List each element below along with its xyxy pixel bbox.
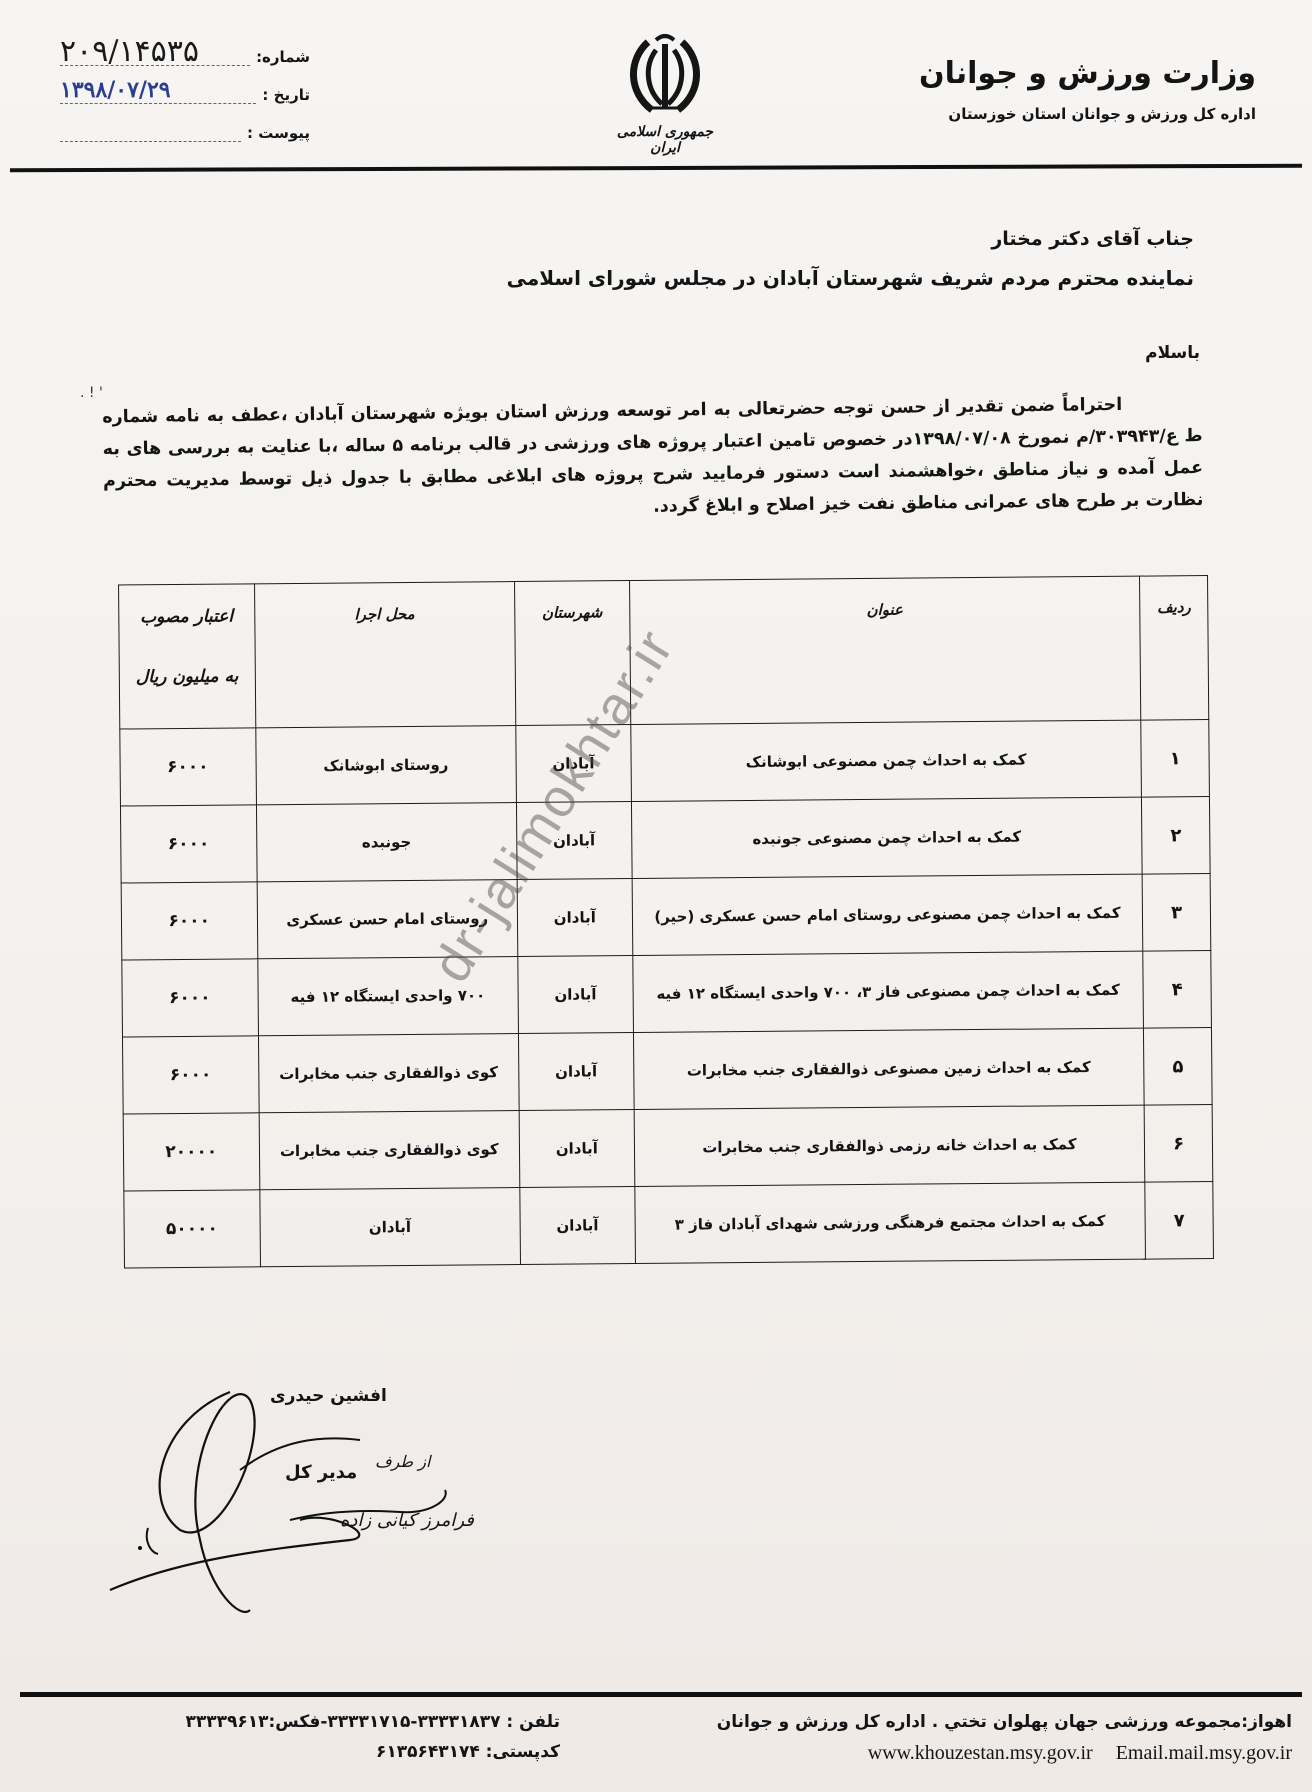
attachment-row: پیوست : — [60, 104, 310, 142]
header-row-number: ردیف — [1140, 576, 1209, 721]
department-name: اداره کل ورزش و جوانان استان خوزستان — [919, 105, 1256, 123]
cell-title: کمک به احداث خانه رزمی ذوالفقاری جنب مخا… — [634, 1105, 1145, 1186]
cell-city: آبادان — [519, 1110, 634, 1188]
cell-amount: ۲۰۰۰۰ — [123, 1113, 259, 1191]
header-amount-line2: به میلیون ریال — [120, 666, 255, 687]
letterhead-org: وزارت ورزش و جوانان اداره کل ورزش و جوان… — [919, 56, 1256, 123]
cell-row: ۱ — [1141, 719, 1209, 797]
attachment-label: پیوست : — [247, 124, 310, 142]
cell-row: ۷ — [1145, 1181, 1213, 1259]
cell-amount: ۶۰۰۰ — [122, 959, 258, 1037]
cell-city: آبادان — [520, 1187, 635, 1265]
footer-postal-code: کدپستی: ۶۱۳۵۶۴۳۱۷۴ — [60, 1742, 560, 1762]
cell-title: کمک به احداث چمن مصنوعی جونبده — [631, 797, 1142, 878]
letter-body: احتراماً ضمن تقدیر از حسن توجه حضرتعالی … — [102, 388, 1203, 529]
table-row: ۴ کمک به احداث چمن مصنوعی فاز ۳، ۷۰۰ واح… — [122, 950, 1212, 1037]
table-row: ۵ کمک به احداث زمین مصنوعی ذوالفقاری جنب… — [122, 1027, 1212, 1114]
header-place: محل اجرا — [254, 582, 516, 728]
letter-meta: شماره: ۲۰۹/۱۴۵۳۵ تاریخ : ۱۳۹۸/۰۷/۲۹ پیوس… — [60, 28, 310, 142]
table-row: ۲ کمک به احداث چمن مصنوعی جونبده آبادان … — [120, 796, 1210, 883]
iran-emblem-icon — [620, 30, 710, 120]
table-row: ۶ کمک به احداث خانه رزمی ذوالفقاری جنب م… — [123, 1104, 1213, 1191]
cell-place: کوی ذوالفقاری جنب مخابرات — [258, 1034, 519, 1113]
addressee-title: نماینده محترم مردم شریف شهرستان آبادان د… — [507, 266, 1194, 290]
letter-number-value: ۲۰۹/۱۴۵۳۵ — [60, 39, 250, 66]
margin-marks: . ! ' — [80, 385, 103, 401]
header-divider — [10, 164, 1302, 173]
cell-amount: ۵۰۰۰۰ — [124, 1190, 260, 1268]
national-emblem: جمهوری اسلامی ایران — [600, 30, 730, 156]
table-row: ۱ کمک به احداث چمن مصنوعی ابوشانک آبادان… — [120, 719, 1210, 806]
cell-amount: ۶۰۰۰ — [122, 1036, 258, 1114]
footer-phone: تلفن : ۳۳۳۳۱۸۳۷-۳۳۳۳۱۷۱۵-فکس:۳۳۳۳۹۶۱۳ — [60, 1712, 560, 1732]
cell-city: آبادان — [518, 1033, 633, 1111]
addressee-name: جناب آقای دکتر مختار — [507, 228, 1194, 250]
cell-row: ۶ — [1144, 1104, 1212, 1182]
signature-block: افشین حیدری از طرف مدیر کل فرامرز کیانی … — [100, 1380, 550, 1620]
table-row: ۷ کمک به احداث مجتمع فرهنگی ورزشی شهدای … — [124, 1181, 1214, 1268]
letter-page: وزارت ورزش و جوانان اداره کل ورزش و جوان… — [0, 0, 1312, 1792]
cell-row: ۲ — [1142, 796, 1210, 874]
header-amount: اعتبار مصوب به میلیون ریال — [119, 584, 256, 729]
greeting: باسلام — [1145, 343, 1200, 363]
cell-title: کمک به احداث مجتمع فرهنگی ورزشی شهدای آب… — [634, 1182, 1145, 1263]
ministry-name: وزارت ورزش و جوانان — [919, 56, 1256, 91]
footer-contact-block: تلفن : ۳۳۳۳۱۸۳۷-۳۳۳۳۱۷۱۵-فکس:۳۳۳۳۹۶۱۳ کد… — [60, 1712, 560, 1762]
cell-place: روستای ابوشانک — [255, 726, 516, 805]
cell-row: ۴ — [1143, 950, 1211, 1028]
cell-row: ۳ — [1142, 873, 1210, 951]
letter-date-label: تاریخ : — [262, 86, 310, 104]
cell-city: آبادان — [518, 956, 633, 1034]
cell-title: کمک به احداث چمن مصنوعی ابوشانک — [630, 720, 1141, 801]
footer-divider — [20, 1692, 1302, 1697]
letter-number-row: شماره: ۲۰۹/۱۴۵۳۵ — [60, 28, 310, 66]
header-amount-line1: اعتبار مصوب — [119, 606, 254, 627]
letter-number-label: شماره: — [256, 48, 310, 66]
table-row: ۳ کمک به احداث چمن مصنوعی روستای امام حس… — [121, 873, 1211, 960]
footer-web-email: www.khouzestan.msy.gov.ir Email.mail.msy… — [717, 1742, 1292, 1765]
signature-scribble-icon — [100, 1380, 550, 1620]
footer-address: اهواز:مجموعه ورزشی جهان پهلوان تختي . اد… — [717, 1712, 1292, 1732]
cell-row: ۵ — [1144, 1027, 1212, 1105]
signatory-title: مدیر کل — [285, 1462, 357, 1483]
letter-date-value: ۱۳۹۸/۰۷/۲۹ — [60, 77, 256, 104]
attachment-value — [60, 141, 241, 142]
footer-address-block: اهواز:مجموعه ورزشی جهان پهلوان تختي . اد… — [717, 1712, 1292, 1765]
footer-website: www.khouzestan.msy.gov.ir — [868, 1742, 1093, 1764]
footer-email: Email.mail.msy.gov.ir — [1116, 1742, 1292, 1764]
cell-title: کمک به احداث زمین مصنوعی ذوالفقاری جنب م… — [633, 1028, 1144, 1109]
addressee-block: جناب آقای دکتر مختار نماینده محترم مردم … — [507, 228, 1194, 290]
header-title: عنوان — [629, 576, 1141, 724]
cell-title: کمک به احداث چمن مصنوعی روستای امام حسن … — [632, 874, 1143, 955]
cell-amount: ۶۰۰۰ — [120, 805, 256, 883]
actual-signer-name: فرامرز کیانی زاده — [340, 1510, 474, 1531]
letter-date-row: تاریخ : ۱۳۹۸/۰۷/۲۹ — [60, 66, 310, 104]
cell-place: آبادان — [259, 1188, 520, 1267]
signatory-name: افشین حیدری — [270, 1386, 387, 1406]
cell-amount: ۶۰۰۰ — [120, 728, 256, 806]
on-behalf-note: از طرف — [375, 1452, 430, 1471]
cell-amount: ۶۰۰۰ — [121, 882, 257, 960]
emblem-caption: جمهوری اسلامی ایران — [600, 124, 730, 156]
cell-title: کمک به احداث چمن مصنوعی فاز ۳، ۷۰۰ واحدی… — [632, 951, 1143, 1032]
cell-place: کوی ذوالفقاری جنب مخابرات — [259, 1111, 520, 1190]
